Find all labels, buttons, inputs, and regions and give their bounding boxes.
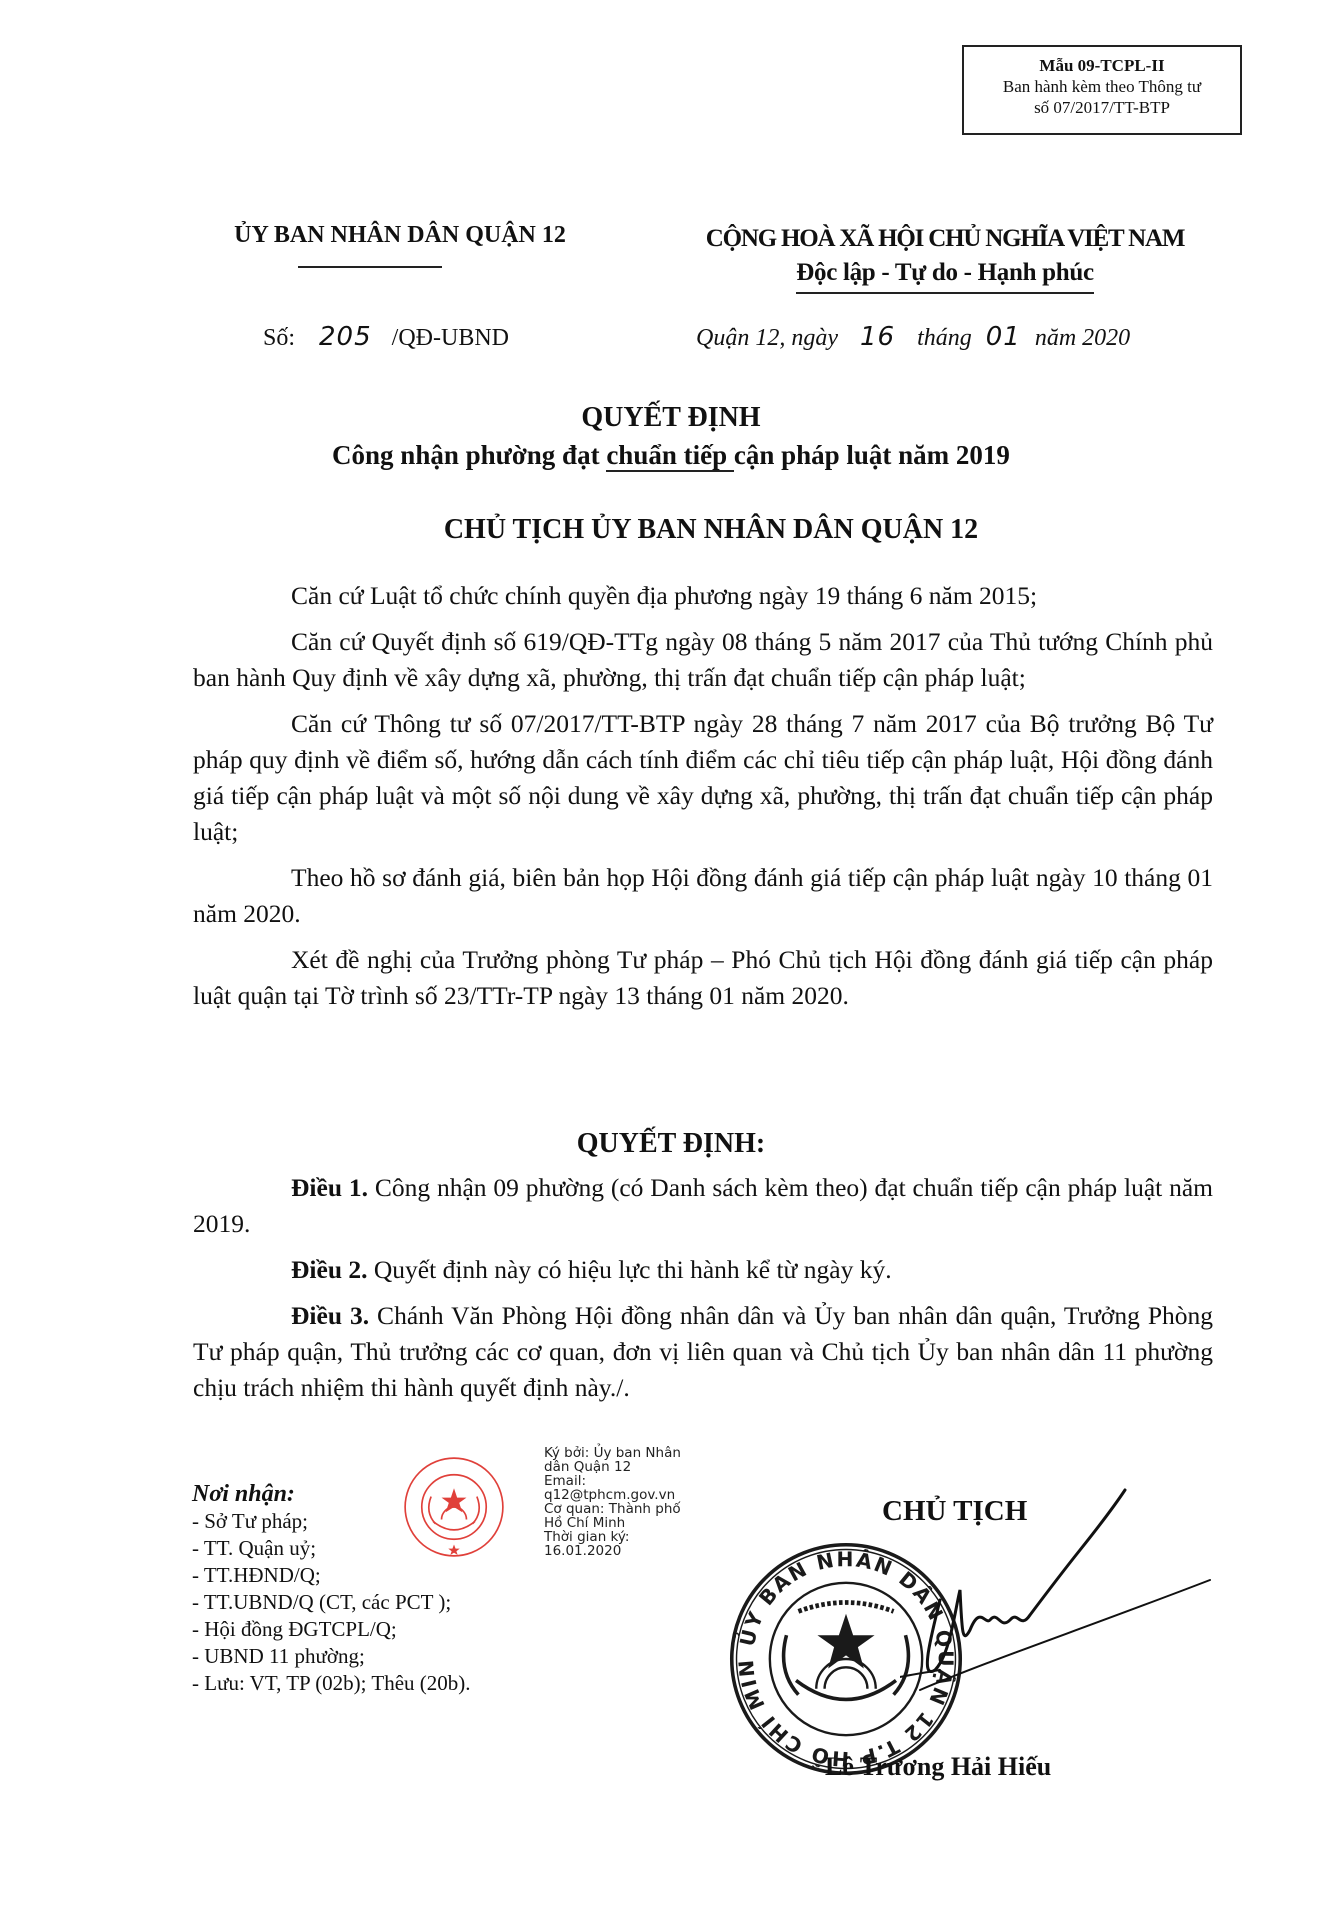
article-1: Điều 1. Công nhận 09 phường (có Danh sác… [193, 1170, 1213, 1242]
recipient-item: - Lưu: VT, TP (02b); Thêu (20b). [192, 1670, 471, 1697]
handwritten-signature [900, 1480, 1260, 1740]
subject-part: cận pháp luật năm 2019 [734, 440, 1010, 470]
article-label: Điều 2. [291, 1255, 368, 1284]
handwritten-day: 16 [860, 322, 895, 352]
nation-name: CỘNG HOÀ XÃ HỘI CHỦ NGHĨA VIỆT NAM [660, 222, 1230, 256]
subject-underlined: chuẩn tiếp [606, 440, 734, 472]
form-code: Mẫu 09-TCPL-II [964, 55, 1240, 76]
form-issued-by: Ban hành kèm theo Thông tư [964, 76, 1240, 97]
signer-name: Lê Trương Hải Hiếu [825, 1752, 1051, 1782]
article-label: Điều 3. [291, 1301, 369, 1330]
handwritten-month: 01 [986, 322, 1021, 352]
recipient-item: - UBND 11 phường; [192, 1643, 471, 1670]
preamble-clause: Căn cứ Luật tổ chức chính quyền địa phươ… [193, 578, 1213, 614]
articles: Điều 1. Công nhận 09 phường (có Danh sác… [193, 1170, 1213, 1406]
national-header: CỘNG HOÀ XÃ HỘI CHỦ NGHĨA VIỆT NAM Độc l… [660, 222, 1230, 294]
preamble: Căn cứ Luật tổ chức chính quyền địa phươ… [193, 578, 1213, 1014]
number-prefix: Số: [263, 325, 295, 351]
date-place: Quận 12, ngày [696, 325, 838, 351]
recipient-item: - TT.HĐND/Q; [192, 1562, 471, 1589]
article-label: Điều 1. [291, 1173, 368, 1202]
document-subject: Công nhận phường đạt chuẩn tiếp cận pháp… [0, 440, 1342, 471]
decision-heading: QUYẾT ĐỊNH: [0, 1128, 1342, 1160]
recipient-item: - TT.UBND/Q (CT, các PCT ); [192, 1589, 471, 1616]
electronic-signature-info: Ký bởi: Ủy ban Nhân dân Quận 12 Email: q… [544, 1446, 744, 1558]
handwritten-number: 205 [319, 322, 372, 352]
form-reference-box: Mẫu 09-TCPL-II Ban hành kèm theo Thông t… [962, 45, 1242, 135]
preamble-clause: Theo hồ sơ đánh giá, biên bản họp Hội đồ… [193, 860, 1213, 932]
issuing-agency: ỦY BAN NHÂN DÂN QUẬN 12 [190, 222, 610, 249]
preamble-clause: Xét đề nghị của Trưởng phòng Tư pháp – P… [193, 942, 1213, 1014]
month-label: tháng [917, 325, 972, 351]
recipient-item: - Hội đồng ĐGTCPL/Q; [192, 1616, 471, 1643]
number-suffix: /QĐ-UBND [392, 325, 509, 351]
subject-part: Công nhận phường đạt [332, 440, 606, 470]
digital-seal-icon [402, 1455, 506, 1559]
agency-underline [298, 266, 442, 268]
issuing-authority: CHỦ TỊCH ỦY BAN NHÂN DÂN QUẬN 12 [40, 514, 1342, 546]
form-circular: số 07/2017/TT-BTP [964, 97, 1240, 118]
year-label: năm 2020 [1035, 325, 1130, 351]
issue-date: Quận 12, ngày 16 tháng 01 năm 2020 [696, 322, 1130, 352]
preamble-clause: Căn cứ Quyết định số 619/QĐ-TTg ngày 08 … [193, 624, 1213, 696]
national-motto: Độc lập - Tự do - Hạnh phúc [796, 256, 1094, 294]
article-3: Điều 3. Chánh Văn Phòng Hội đồng nhân dâ… [193, 1298, 1213, 1406]
preamble-clause: Căn cứ Thông tư số 07/2017/TT-BTP ngày 2… [193, 706, 1213, 850]
article-2: Điều 2. Quyết định này có hiệu lực thi h… [193, 1252, 1213, 1288]
article-text: Quyết định này có hiệu lực thi hành kể t… [368, 1255, 892, 1284]
document-number: Số: 205 /QĐ-UBND [263, 322, 509, 352]
document-type: QUYẾT ĐỊNH [0, 402, 1342, 434]
